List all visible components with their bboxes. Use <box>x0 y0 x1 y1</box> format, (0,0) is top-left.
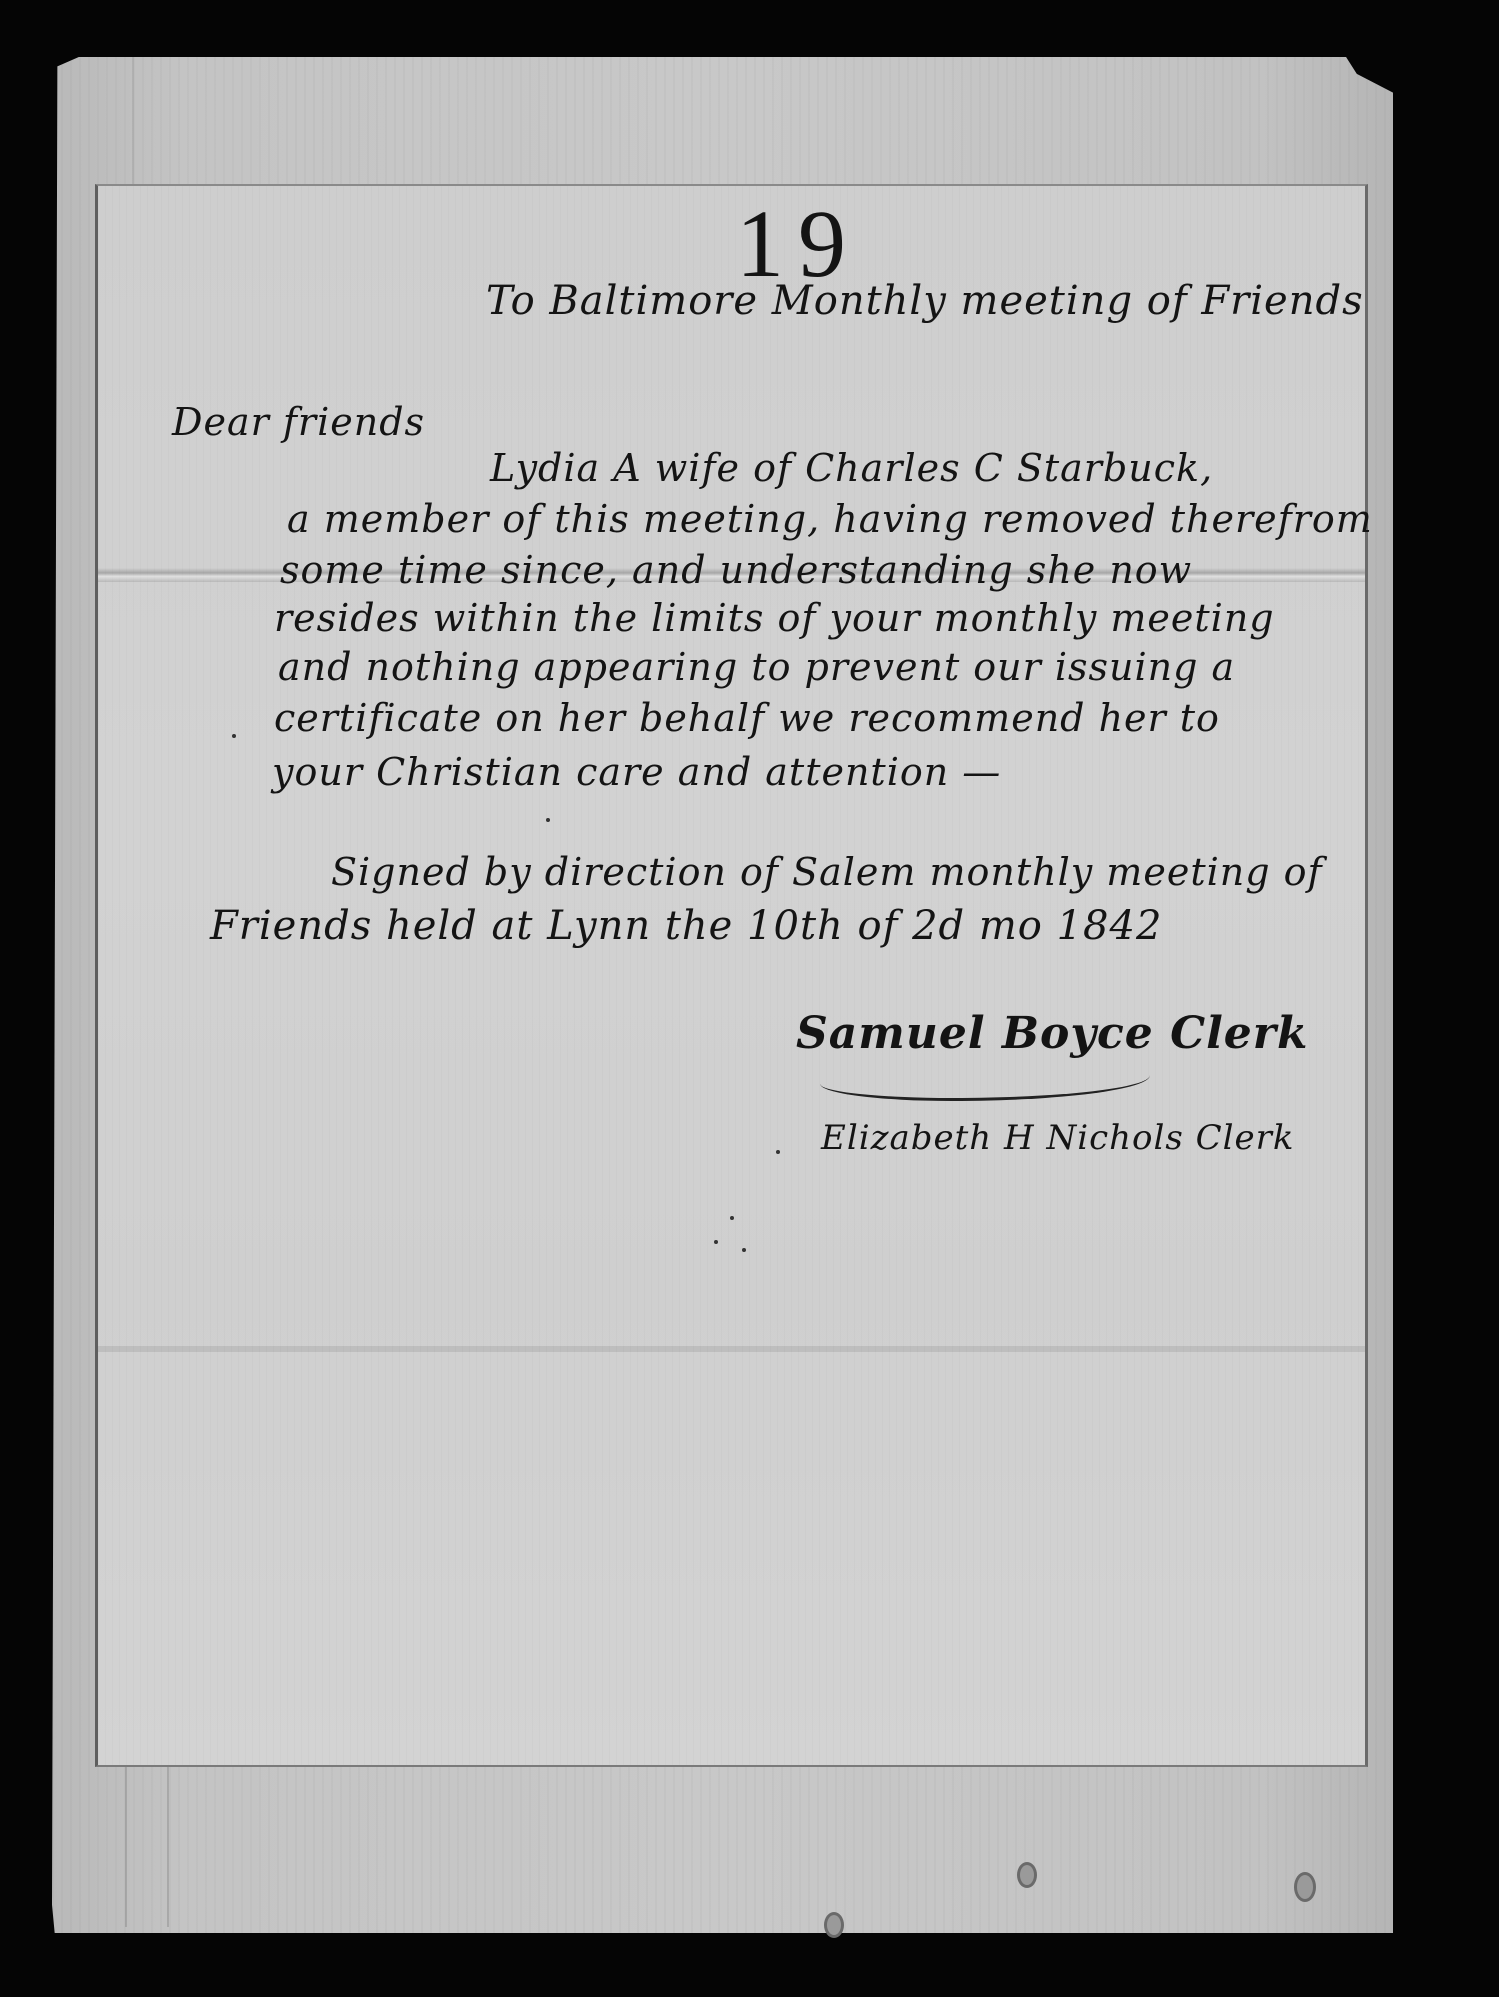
signature-samuel-boyce: Samuel Boyce Clerk <box>796 1008 1308 1059</box>
salutation: Dear friends <box>172 400 425 444</box>
closing-line-2: Friends held at Lynn the 10th of 2d mo 1… <box>210 903 1162 949</box>
body-line-4: resides within the limits of your monthl… <box>274 596 1275 640</box>
paper-hole-mark <box>1017 1862 1037 1888</box>
ink-speck <box>742 1248 746 1252</box>
body-line-6: certificate on her behalf we recommend h… <box>274 696 1220 740</box>
signature-elizabeth-nichols: Elizabeth H Nichols Clerk <box>821 1118 1295 1158</box>
horizontal-fold-faint <box>98 1346 1365 1352</box>
paper-hole-mark <box>1294 1872 1316 1902</box>
body-line-7: your Christian care and attention — <box>272 750 1001 794</box>
body-line-5: and nothing appearing to prevent our iss… <box>278 645 1235 689</box>
ink-speck <box>776 1150 780 1154</box>
ink-speck <box>546 818 550 822</box>
body-line-1: Lydia A wife of Charles C Starbuck, <box>490 446 1213 490</box>
body-line-3: some time since, and understanding she n… <box>280 548 1192 592</box>
ink-speck <box>232 734 236 738</box>
ink-speck <box>714 1240 718 1244</box>
closing-line-1: Signed by direction of Salem monthly mee… <box>331 850 1323 894</box>
address-line: To Baltimore Monthly meeting of Friends <box>486 278 1364 324</box>
paper-hole-mark <box>824 1912 844 1938</box>
ink-speck <box>730 1216 734 1220</box>
body-line-2: a member of this meeting, having removed… <box>287 497 1373 541</box>
